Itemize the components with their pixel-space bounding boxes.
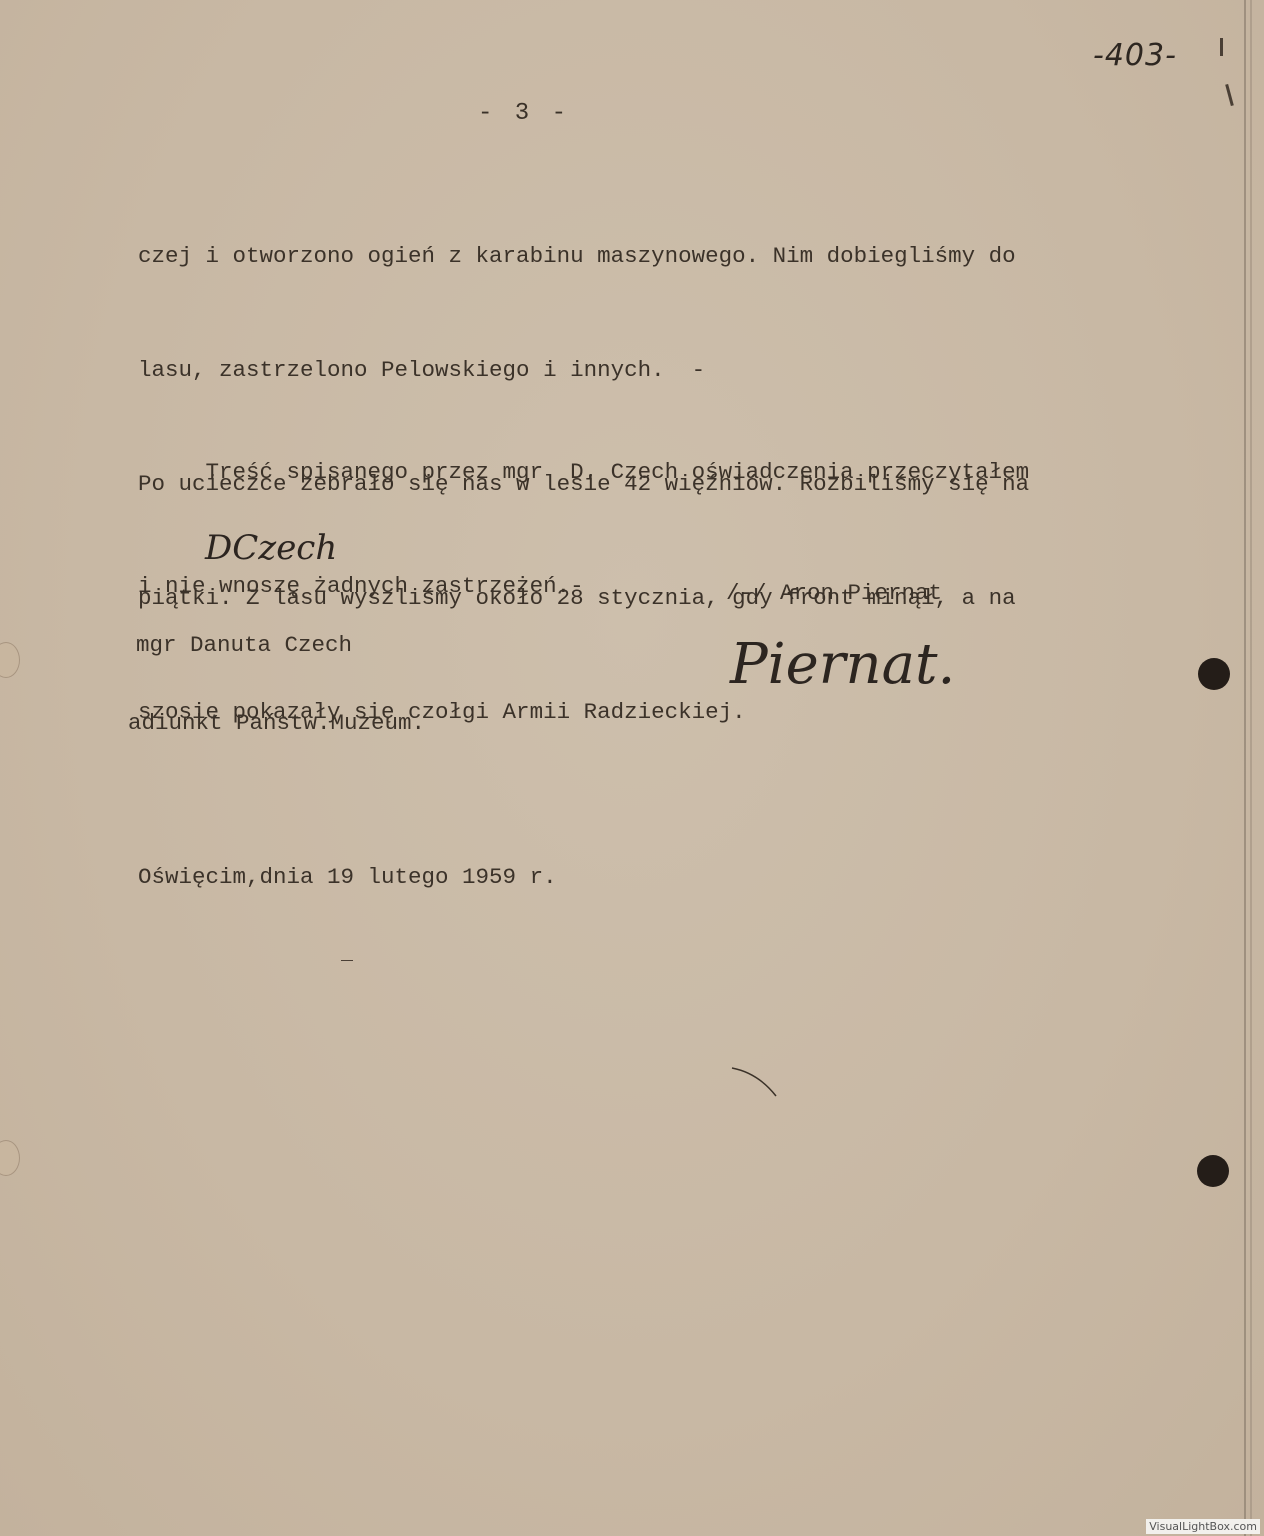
signature-block-left: mgr Danuta Czech adiunkt Państw.Muzeum. <box>136 580 425 788</box>
page-edge-line <box>1250 0 1252 1536</box>
page-edge-line <box>1244 0 1246 1536</box>
place-and-date: Oświęcim,dnia 19 lutego 1959 r. <box>138 858 557 896</box>
stray-pen-stroke <box>730 1065 780 1100</box>
watermark: VisualLightBox.com <box>1146 1519 1260 1534</box>
handwritten-signature-piernat: Piernat. <box>730 632 955 697</box>
handwritten-signature-czech: DCzech <box>205 528 337 568</box>
punch-hole <box>1198 658 1230 690</box>
signatory-title: adiunkt Państw.Muzeum. <box>128 710 425 736</box>
archive-page-number: -403- <box>1093 38 1177 73</box>
staple-mark <box>1220 38 1223 56</box>
text-line: czej i otworzono ogień z karabinu maszyn… <box>138 237 1029 275</box>
sheet-number: - 3 - <box>478 100 570 127</box>
stray-mark <box>341 960 353 961</box>
punch-hole <box>1197 1155 1229 1187</box>
signature-block-right: /-/ Aron Piernat <box>726 580 942 606</box>
punch-hole-faint <box>0 1140 20 1176</box>
text-line: Treść spisanego przez mgr D. Czech oświa… <box>138 453 1029 491</box>
punch-hole-faint <box>0 642 20 678</box>
document-page: -403- - 3 - czej i otworzono ogień z kar… <box>0 0 1264 1536</box>
staple-mark <box>1225 84 1234 106</box>
signatory-name: mgr Danuta Czech <box>136 632 425 658</box>
